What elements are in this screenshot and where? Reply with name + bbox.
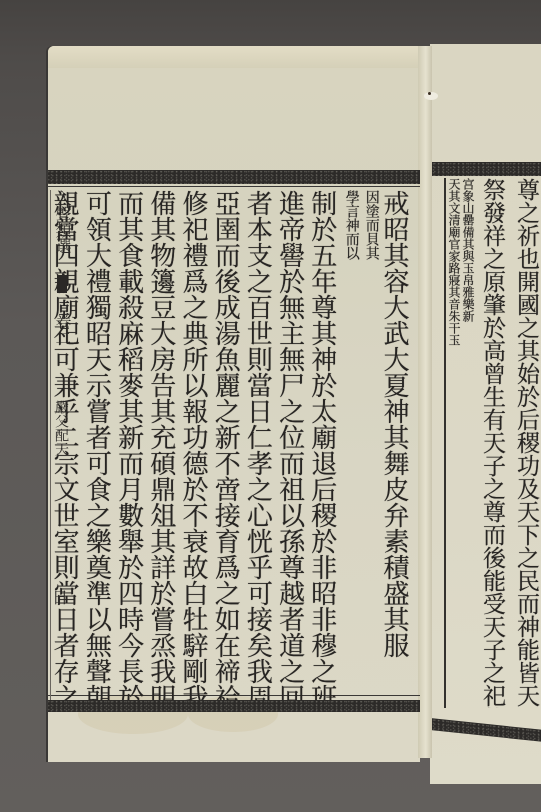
text-column: 備其物籩豆大房告其充碩鼎俎其詳於嘗烝我明粢我其犧牷 [149, 190, 181, 700]
left-page-bottom-border [48, 700, 420, 712]
text-column: 進帝嚳於無主無尸之位而祖以孫尊越者道之回孫統承 [277, 190, 309, 700]
page-number: 日 [52, 585, 68, 608]
text-column: 者本支之百世則當日仁孝之心恍乎可接矣我周之賓也高南 [245, 190, 277, 700]
book-scan-scene: 戒昭其容大武大夏神其舞皮弁素積盛其服 因塗而貝其 學言神而以 制於五年尊其神於太… [0, 0, 541, 812]
section-label: 嚴父配天 [53, 400, 69, 456]
book-gutter [418, 46, 432, 758]
text-column: 戒昭其容大武大夏神其舞皮弁素積盛其服 [382, 190, 414, 700]
left-page-top-rule [48, 186, 420, 187]
left-page-text: 戒昭其容大武大夏神其舞皮弁素積盛其服 因塗而貝其 學言神而以 制於五年尊其神於太… [52, 190, 414, 700]
text-column: 制於五年尊其神於太廟退后稷於非昭非穆之班而子以父屈 [310, 190, 342, 700]
right-page-text: 尊之祈也開國之其始於后稷功及天下之民而神能皆天下之 祭發祥之原肇於高曾生有天子之… [444, 178, 541, 708]
fishtail-block-mark [57, 275, 67, 293]
right-page-top-border [430, 162, 541, 176]
annotation-line: 學言神而以 [342, 190, 362, 700]
annotation-line: 天其文清廟官家路寢其音朱干玉 [447, 178, 461, 708]
text-column: 亞圉而後成湯魚麗之新不啻接育爲之如在禘祫烝而外歲 [213, 190, 245, 700]
text-column: 祭發祥之原肇於高曾生有天子之尊而後能受天子之祀故犧 [475, 178, 509, 708]
margin-label-column: 嚴父配天 [50, 400, 72, 520]
left-page-top-border [48, 170, 420, 184]
book-title: 入聲類選 [53, 190, 72, 254]
stitch-hole [424, 92, 438, 100]
text-column: 尊之祈也開國之其始於后稷功及天下之民而神能皆天下之 [509, 178, 541, 708]
text-column: 可領大禮獨昭天示嘗者可食之樂奠準以無聲朝已備乎四 [84, 190, 116, 700]
annotation-line: 宫象山罍備其與玉帛雅樂新 [461, 178, 475, 708]
page-top-edge [48, 46, 420, 68]
annotation-column: 因塗而貝其 學言神而以 [342, 190, 382, 700]
text-column: 而其食載殺麻稻麥其新而月數舉於四時今長於明廟全室 [116, 190, 148, 700]
text-column: 修祀禮爲之典所以報功德於不衰故白牡騂剛我其牲毛炰胾羹 [181, 190, 213, 700]
chapter-label: 卷二 [53, 314, 72, 346]
annotation-line: 因塗而貝其 [362, 190, 382, 700]
stitch-mark [428, 92, 431, 95]
annotation-column: 宫象山罍備其與玉帛雅樂新 天其文清廟官家路寢其音朱干玉 [447, 178, 475, 708]
